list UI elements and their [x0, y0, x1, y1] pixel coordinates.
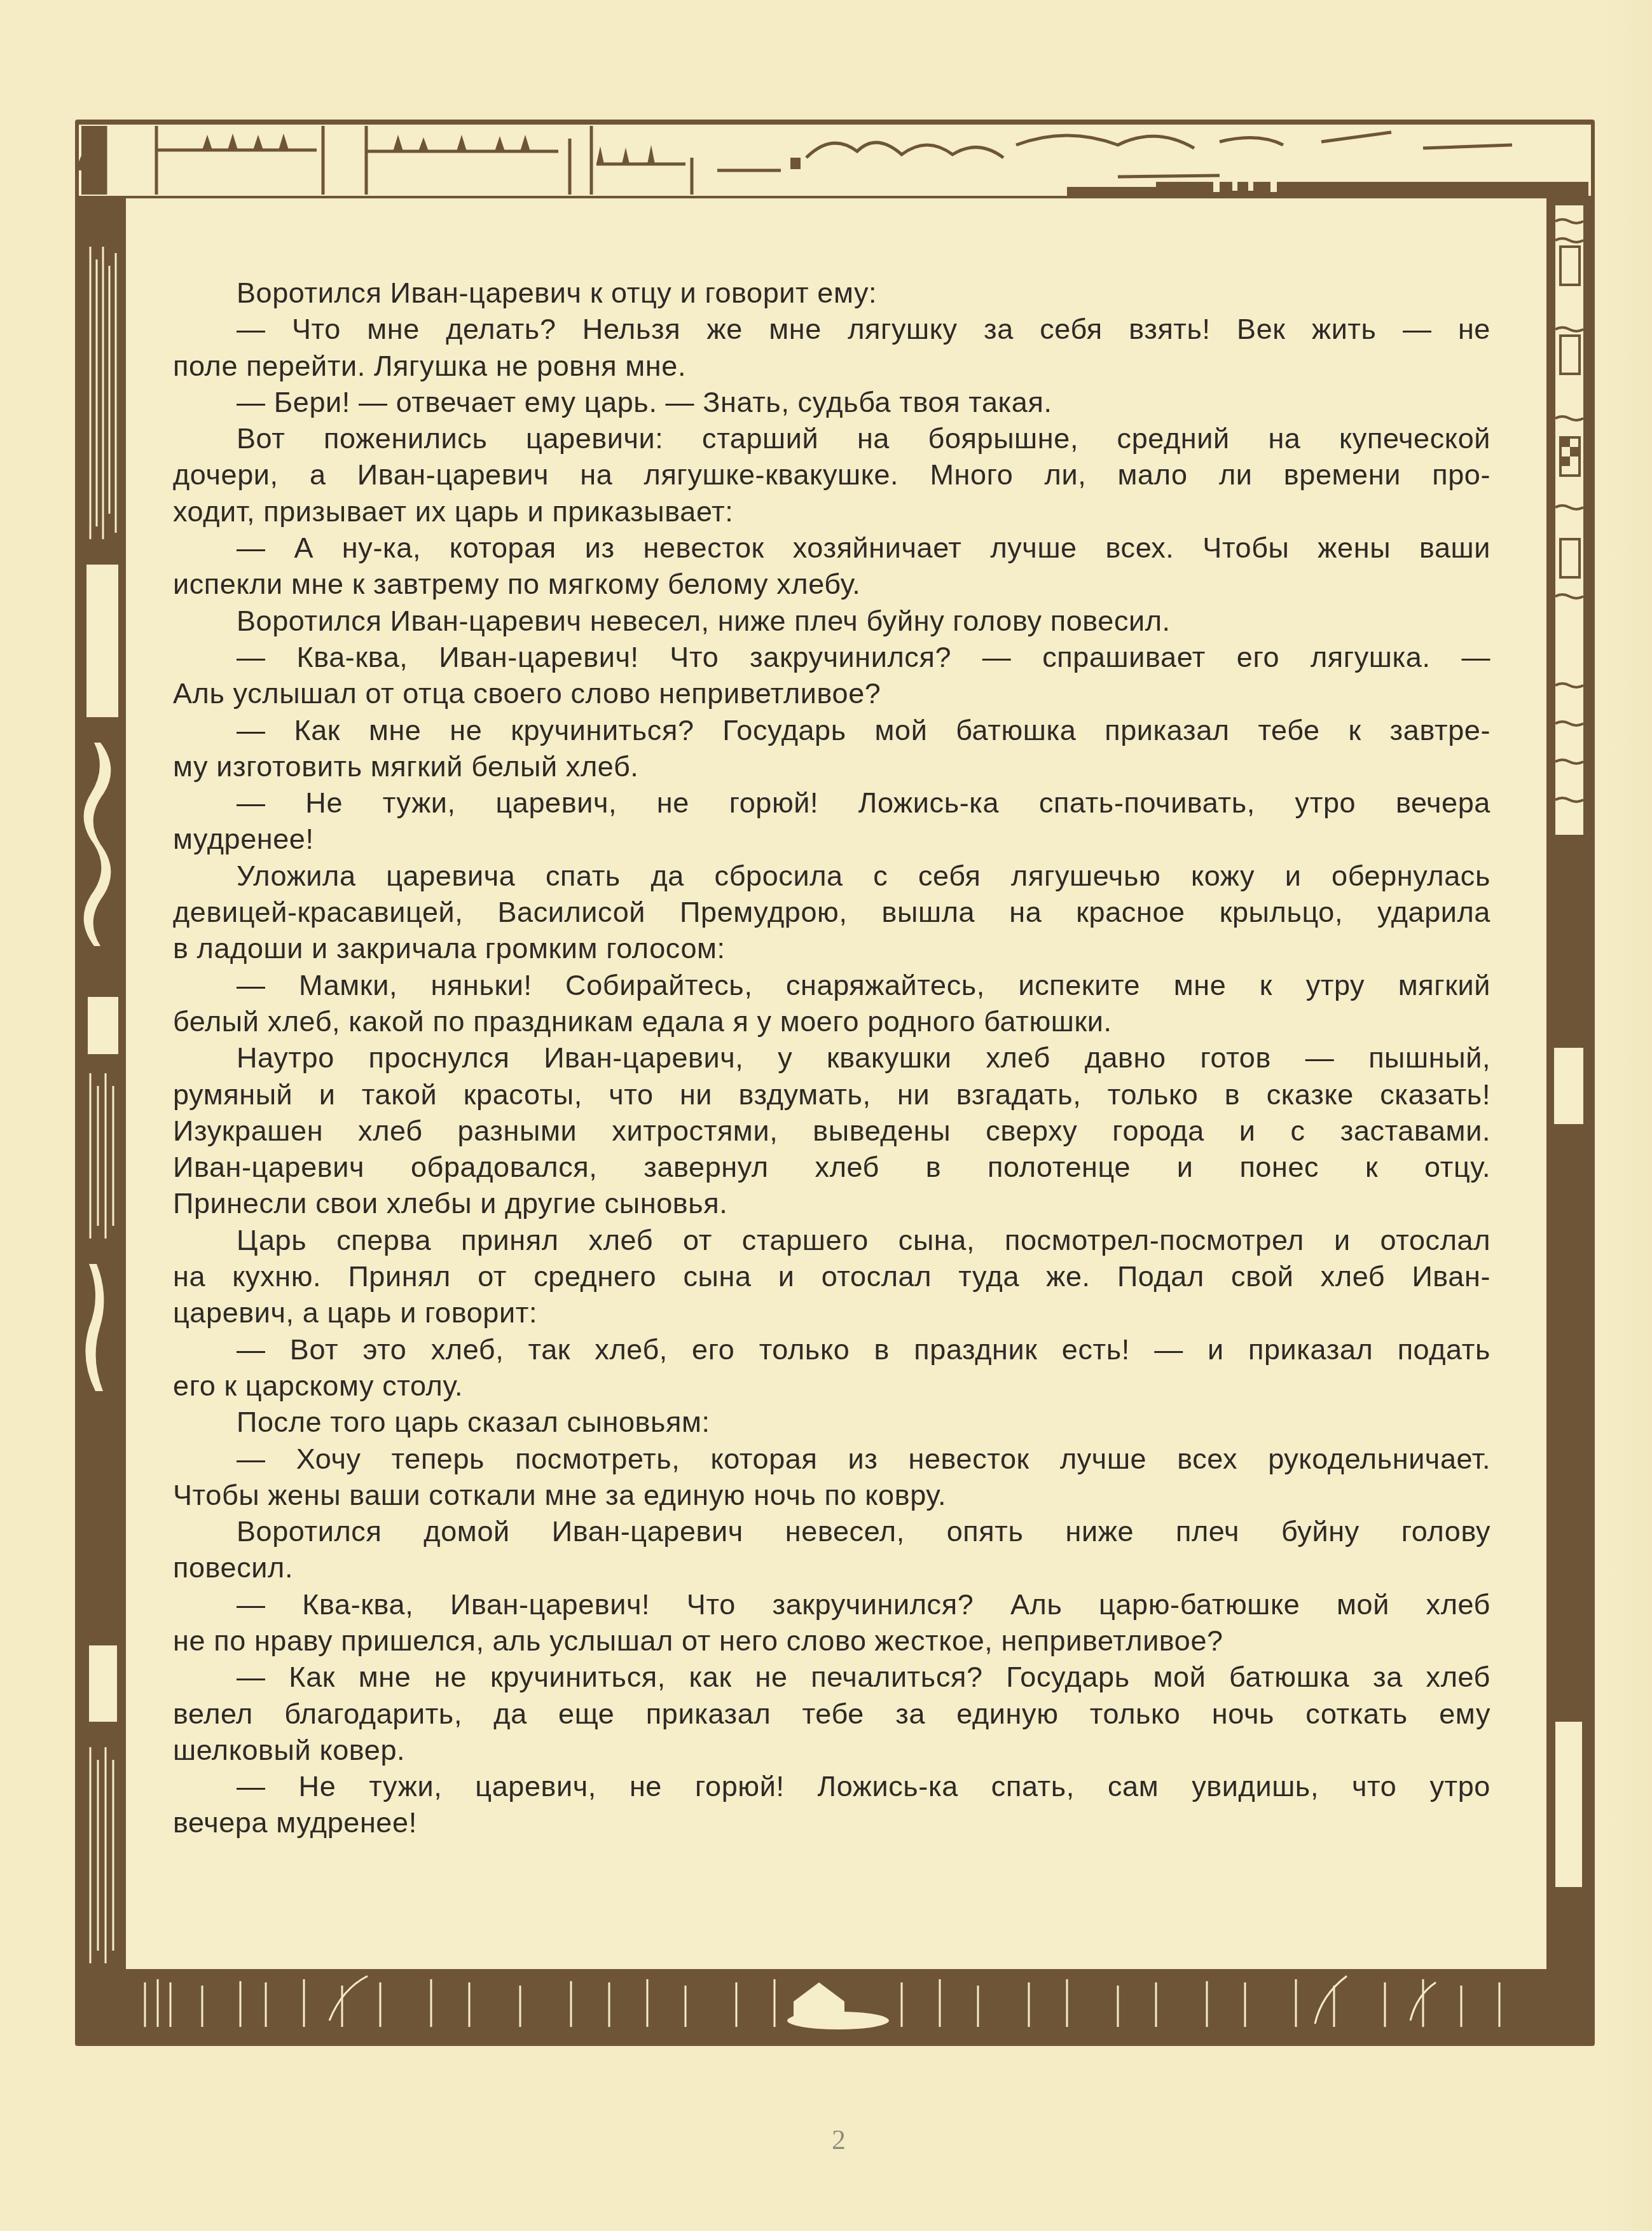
text-line: Наутро проснулся Иван-царевич, у квакушк… [173, 1040, 1490, 1076]
page-number: 2 [826, 2124, 851, 2156]
text-line: мудренее! [173, 821, 1490, 857]
text-line: Изукрашен хлеб разными хитростями, вывед… [173, 1113, 1490, 1149]
text-line: белый хлеб, какой по праздникам едала я … [173, 1003, 1490, 1040]
text-line: му изготовить мягкий белый хлеб. [173, 748, 1490, 785]
text-line: на кухню. Принял от среднего сына и отос… [173, 1258, 1490, 1294]
text-line: — Вот это хлеб, так хлеб, его только в п… [173, 1331, 1490, 1368]
text-line: девицей-красавицей, Василисой Премудрою,… [173, 894, 1490, 930]
text-line: испекли мне к завтрему по мягкому белому… [173, 566, 1490, 602]
text-line: Воротился Иван-царевич невесел, ниже пле… [173, 603, 1490, 639]
text-line: Чтобы жены ваши соткали мне за единую но… [173, 1477, 1490, 1513]
text-line: Воротился домой Иван-царевич невесел, оп… [173, 1513, 1490, 1549]
text-line: Аль услышал от отца своего слово неприве… [173, 675, 1490, 711]
text-line: дочери, а Иван-царевич на лягушке-квакуш… [173, 456, 1490, 493]
ships-on-waves-right-band-icon [1548, 198, 1590, 1979]
text-line: — Не тужи, царевич, не горюй! Ложись-ка … [173, 785, 1490, 821]
text-line: ходит, призывает их царь и приказывает: [173, 493, 1490, 530]
text-line: шелковый ковер. [173, 1732, 1490, 1768]
text-line: велел благодарить, да еще приказал тебе … [173, 1696, 1490, 1732]
text-line: Иван-царевич обрадовался, завернул хлеб … [173, 1149, 1490, 1185]
text-line: — Что мне делать? Нельзя же мне лягушку … [173, 311, 1490, 347]
text-line: не по нраву пришелся, аль услышал от нег… [173, 1623, 1490, 1659]
forest-hut-bottom-band-icon [145, 1976, 1499, 2029]
paper-edge-shade [1601, 0, 1652, 2231]
text-line: Воротился Иван-царевич к отцу и говорит … [173, 275, 1490, 311]
text-line: — Не тужи, царевич, не горюй! Ложись-ка … [173, 1768, 1490, 1804]
text-line: — Бери! — отвечает ему царь. — Знать, су… [173, 384, 1490, 420]
text-line: повесил. [173, 1549, 1490, 1586]
story-text-block: Воротился Иван-царевич к отцу и говорит … [173, 275, 1490, 1841]
text-line: царевич, а царь и говорит: [173, 1294, 1490, 1331]
text-line: — Ква-ква, Иван-царевич! Что закручинилс… [173, 639, 1490, 675]
text-line: поле перейти. Лягушка не ровня мне. [173, 348, 1490, 384]
text-line: Уложила царевича спать да сбросила с себ… [173, 858, 1490, 894]
text-line: — Как мне не кручиниться? Государь мой б… [173, 712, 1490, 748]
text-line: — Мамки, няньки! Собирайтесь, снаряжайте… [173, 967, 1490, 1003]
text-line: — А ну-ка, которая из невесток хозяйнича… [173, 530, 1490, 566]
text-line: После того царь сказал сыновьям: [173, 1404, 1490, 1440]
text-line: Царь сперва принял хлеб от старшего сына… [173, 1222, 1490, 1258]
text-line: Принесли свои хлебы и другие сыновья. [173, 1185, 1490, 1221]
kremlin-walls-icon [75, 125, 1591, 196]
text-line: в ладоши и закричала громким голосом: [173, 930, 1490, 966]
text-line: — Хочу теперь посмотреть, которая из нев… [173, 1441, 1490, 1477]
text-line: румяный и такой красоты, что ни вздумать… [173, 1076, 1490, 1113]
text-line: его к царскому столу. [173, 1368, 1490, 1404]
text-line: Вот поженились царевичи: старший на бояр… [173, 420, 1490, 456]
text-line: — Как мне не кручиниться, как не печалит… [173, 1659, 1490, 1695]
text-line: — Ква-ква, Иван-царевич! Что закручинилс… [173, 1586, 1490, 1623]
forest-river-left-band-icon [81, 198, 123, 1979]
text-line: вечера мудренее! [173, 1804, 1490, 1841]
